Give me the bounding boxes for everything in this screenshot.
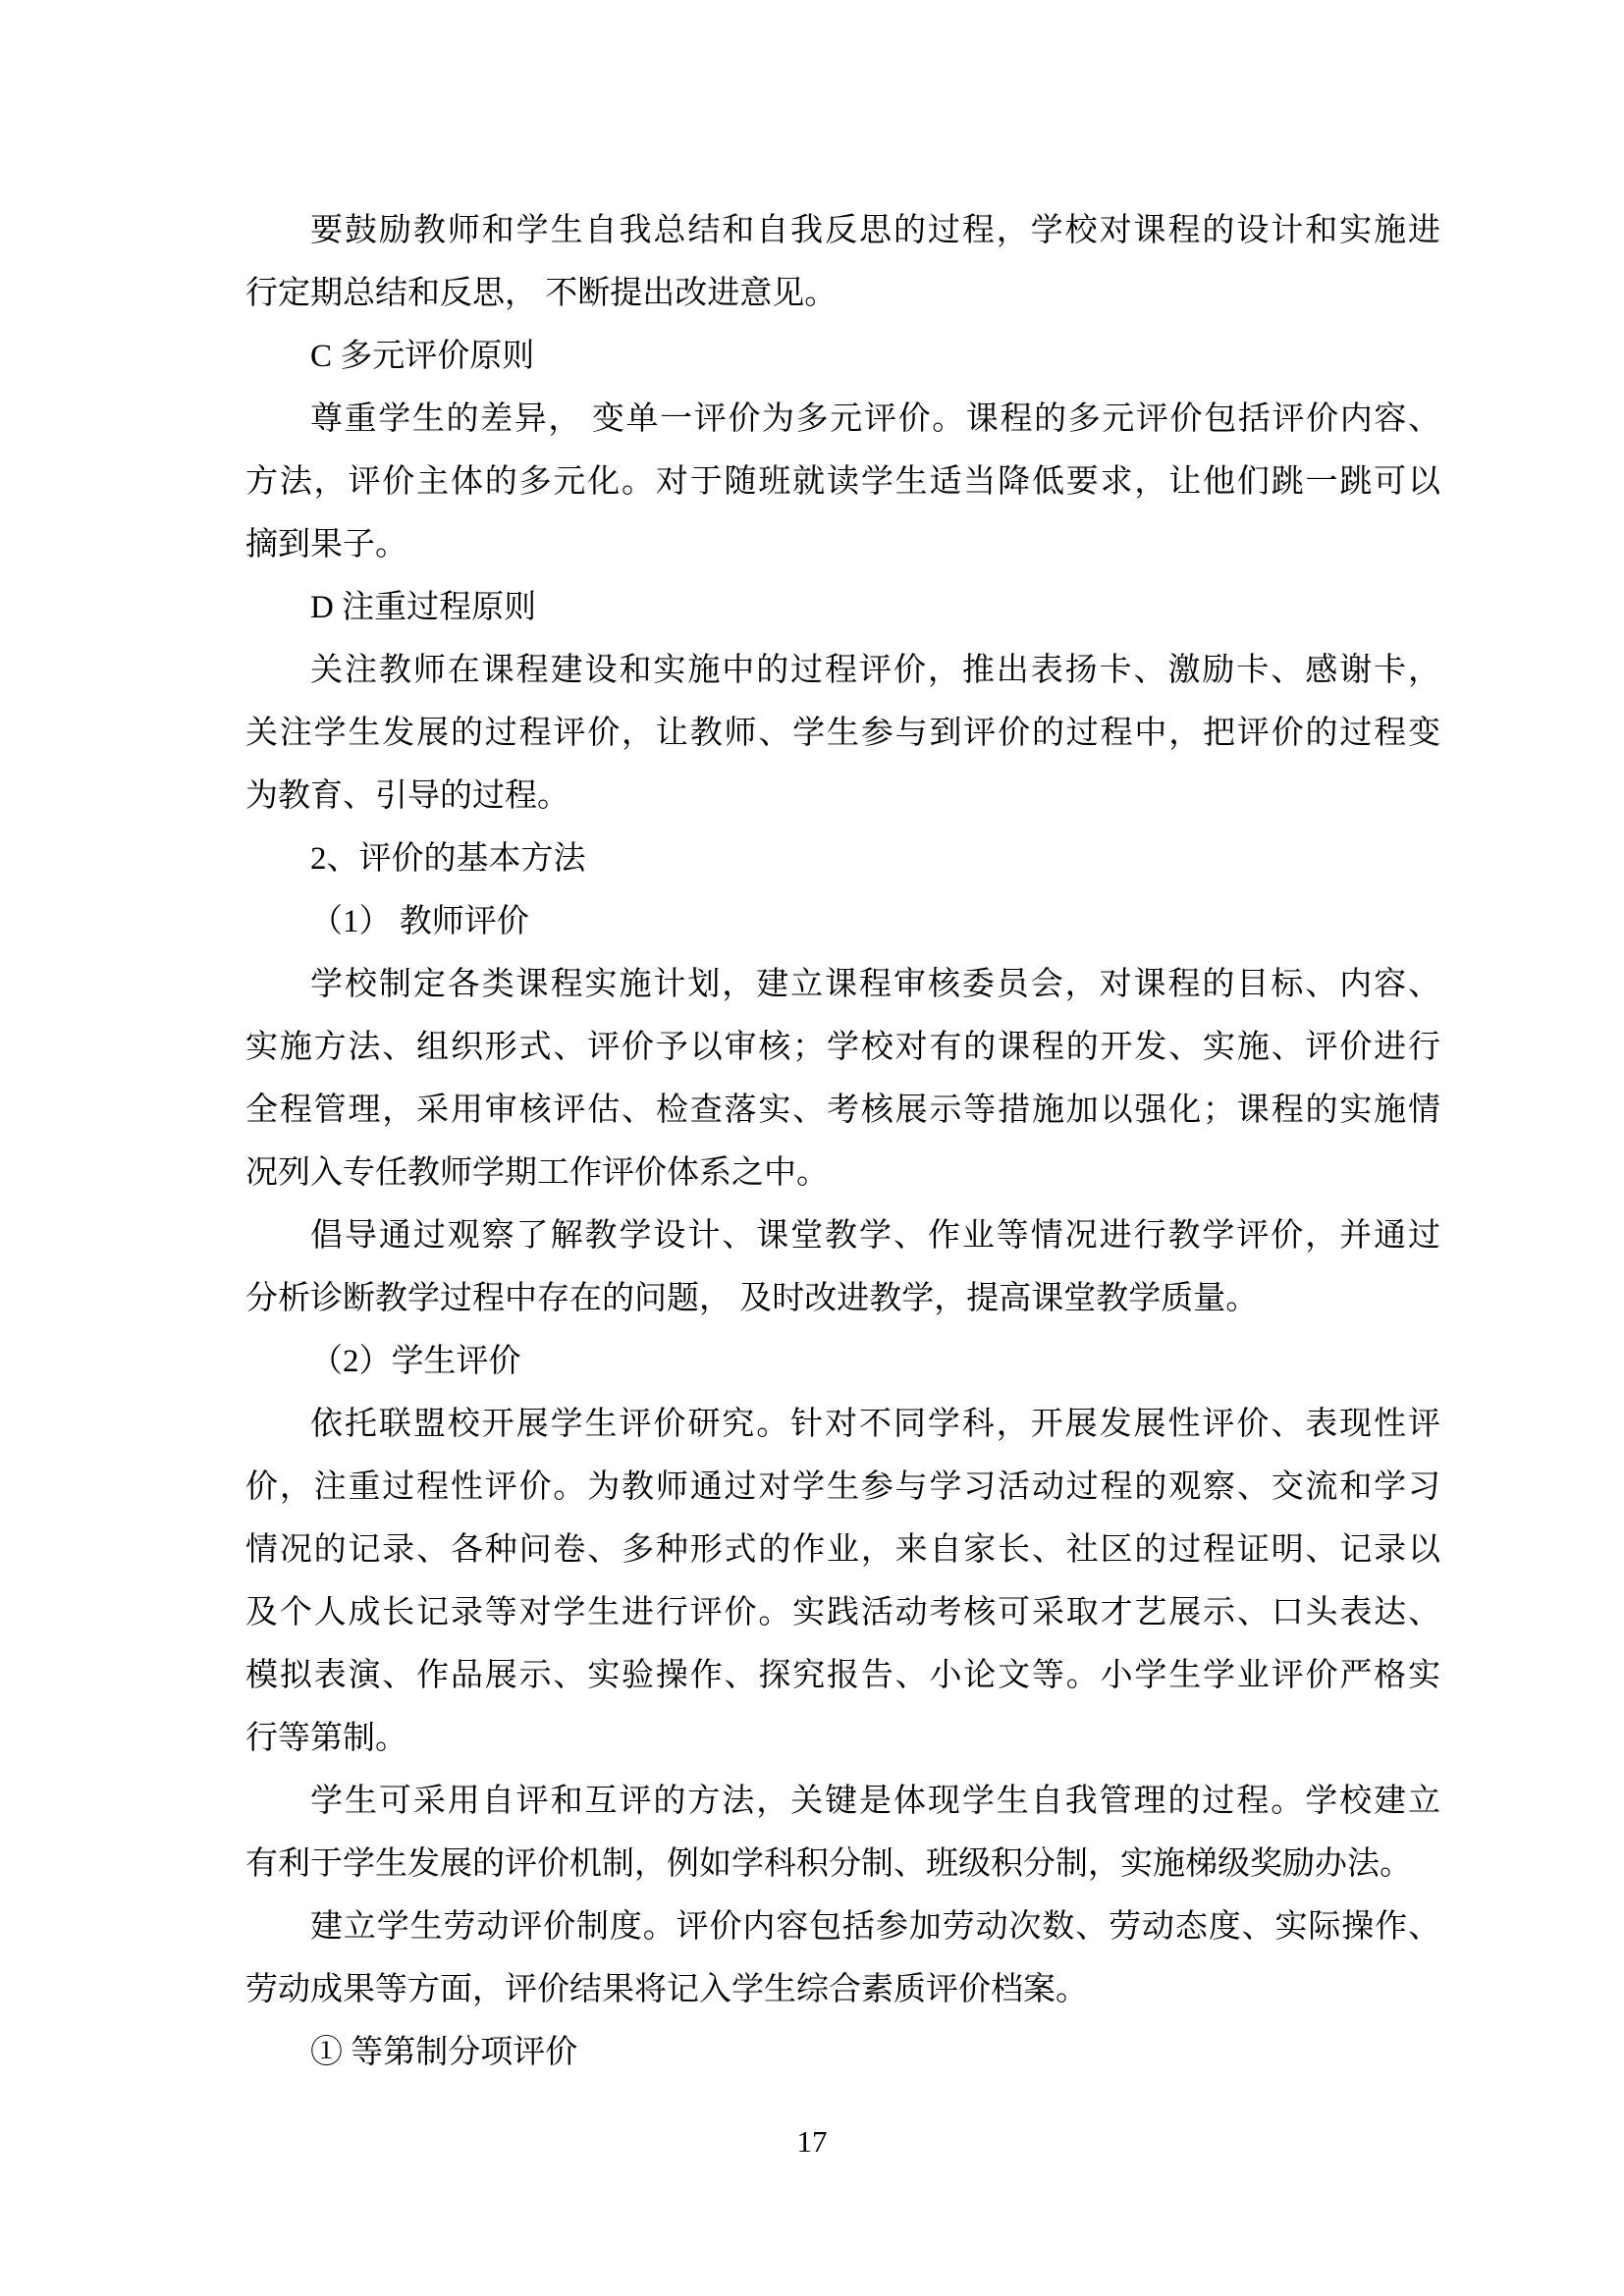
text-line: 学校制定各类课程实施计划，建立课程审核委员会，对课程的目标、内容、 bbox=[245, 953, 1440, 1016]
text-line: 有利于学生发展的评价机制，例如学科积分制、班级积分制，实施梯级奖励办法。 bbox=[245, 1833, 1440, 1896]
heading-section-2: 2、评价的基本方法 bbox=[245, 828, 1440, 890]
text-line: 尊重学生的差异， 变单一评价为多元评价。课程的多元评价包括评价内容、 bbox=[245, 388, 1440, 451]
text-line: 依托联盟校开展学生评价研究。针对不同学科，开展发展性评价、表现性评 bbox=[245, 1393, 1440, 1456]
text-line: 行等第制。 bbox=[245, 1707, 1440, 1770]
text-line: 关注教师在课程建设和实施中的过程评价，推出表扬卡、激励卡、感谢卡， bbox=[245, 639, 1440, 702]
text-line: 分析诊断教学过程中存在的问题， 及时改进教学，提高课堂教学质量。 bbox=[245, 1267, 1440, 1330]
text-line: 学生可采用自评和互评的方法，关键是体现学生自我管理的过程。学校建立 bbox=[245, 1770, 1440, 1833]
text-line: 模拟表演、作品展示、实验操作、探究报告、小论文等。小学生学业评价严格实 bbox=[245, 1644, 1440, 1707]
text-line: 摘到果子。 bbox=[245, 513, 1440, 576]
text-line: 实施方法、组织形式、评价予以审核；学校对有的课程的开发、实施、评价进行 bbox=[245, 1016, 1440, 1079]
text-line: 价，注重过程性评价。为教师通过对学生参与学习活动过程的观察、交流和学习 bbox=[245, 1456, 1440, 1519]
text-line: 情况的记录、各种问卷、多种形式的作业，来自家长、社区的过程证明、记录以 bbox=[245, 1519, 1440, 1581]
text-line: 全程管理，采用审核评估、检查落实、考核展示等措施加以强化；课程的实施情 bbox=[245, 1079, 1440, 1142]
document-page: 要鼓励教师和学生自我总结和自我反思的过程，学校对课程的设计和实施进 行定期总结和… bbox=[0, 0, 1624, 2296]
text-line: 为教育、引导的过程。 bbox=[245, 765, 1440, 828]
text-line: 劳动成果等方面，评价结果将记入学生综合素质评价档案。 bbox=[245, 1958, 1440, 2021]
heading-grade-item-evaluation: ① 等第制分项评价 bbox=[245, 2021, 1440, 2084]
page-content: 要鼓励教师和学生自我总结和自我反思的过程，学校对课程的设计和实施进 行定期总结和… bbox=[245, 199, 1440, 2084]
text-line: 及个人成长记录等对学生进行评价。实践活动考核可采取才艺展示、口头表达、 bbox=[245, 1581, 1440, 1644]
text-line: 方法，评价主体的多元化。对于随班就读学生适当降低要求，让他们跳一跳可以 bbox=[245, 451, 1440, 513]
heading-d-principle: D 注重过程原则 bbox=[245, 576, 1440, 639]
text-line: 倡导通过观察了解教学设计、课堂教学、作业等情况进行教学评价，并通过 bbox=[245, 1204, 1440, 1267]
text-line: 行定期总结和反思， 不断提出改进意见。 bbox=[245, 262, 1440, 325]
page-number: 17 bbox=[0, 2120, 1624, 2163]
text-line: 况列入专任教师学期工作评价体系之中。 bbox=[245, 1142, 1440, 1204]
heading-student-evaluation: （2）学生评价 bbox=[245, 1330, 1440, 1393]
heading-c-principle: C 多元评价原则 bbox=[245, 325, 1440, 388]
text-line: 关注学生发展的过程评价，让教师、学生参与到评价的过程中，把评价的过程变 bbox=[245, 702, 1440, 765]
heading-teacher-evaluation: （1） 教师评价 bbox=[245, 890, 1440, 953]
text-line: 要鼓励教师和学生自我总结和自我反思的过程，学校对课程的设计和实施进 bbox=[245, 199, 1440, 262]
text-line: 建立学生劳动评价制度。评价内容包括参加劳动次数、劳动态度、实际操作、 bbox=[245, 1896, 1440, 1958]
